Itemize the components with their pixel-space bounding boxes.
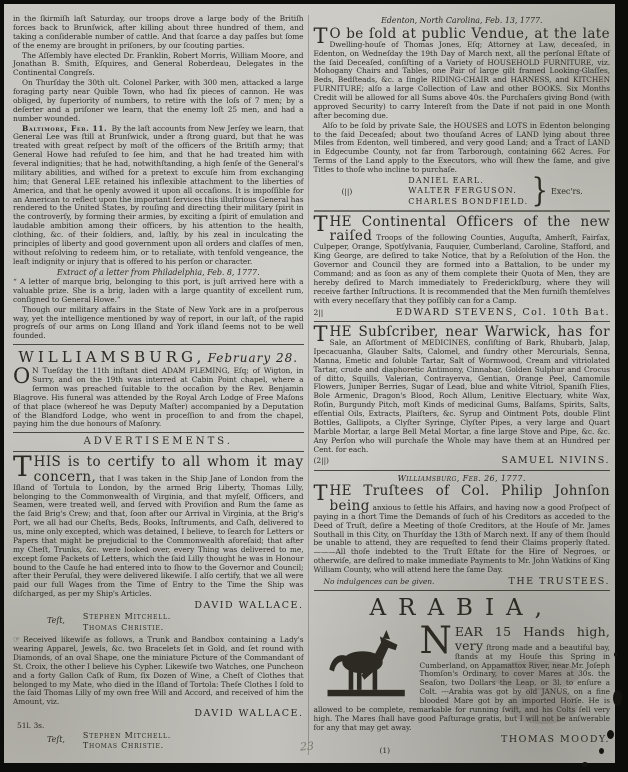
certify-ad: THIS is to certify to all whom it may co… [13, 455, 304, 599]
baltimore-dateline: Baltimore, Feb. 11. [22, 124, 107, 133]
ad-mark: 2|| [314, 308, 324, 317]
test-label: Teſt, [47, 735, 65, 752]
scan-edge-bottom [0, 765, 628, 772]
ad-mark: (||) [342, 187, 353, 196]
executors-label: Exec'rs. [551, 187, 583, 197]
baltimore-paragraph: Baltimore, Feb. 11. By the laſt accounts… [13, 125, 304, 267]
brace-glyph: } [531, 172, 548, 211]
ink-blot [607, 730, 614, 739]
executor-name: WALTER FERGUSON. [408, 186, 528, 196]
drop-cap: T [314, 484, 330, 502]
horse-engraving [322, 627, 414, 703]
manicule-icon: ☞ [13, 635, 20, 644]
scan-edge-left [0, 0, 4, 772]
extract-heading: Extract of a letter from Philadelphia, F… [13, 268, 304, 278]
edenton-ad: TO be ſold at public Vendue, at the late… [314, 27, 611, 121]
section-rule [314, 470, 611, 471]
received-body: Received likewiſe as follows, a Trunk an… [13, 635, 304, 706]
right-column: Edenton, North Carolina, Feb. 13, 1777. … [308, 15, 611, 755]
obituary-paragraph: ON Tueſday the 11th inſtant died ADAM FL… [13, 367, 304, 429]
scan-edge-right [616, 0, 628, 240]
witness-name: Stephen Mitchell. [83, 612, 171, 622]
news-paragraph: The Aſſembly have elected Dr. Franklin, … [13, 52, 304, 79]
stain [490, 660, 580, 690]
ink-blot [582, 762, 588, 767]
ink-blot [613, 690, 622, 706]
witness-block: Teſt, Stephen Mitchell. Thomas Christie. [47, 731, 304, 752]
newspaper-scan: in the ſkirmiſh laſt Saturday, our troop… [0, 0, 628, 772]
signature: DAVID WALLACE. [13, 600, 304, 611]
signature: THE TRUSTEES. [434, 576, 610, 587]
edenton-dateline: Edenton, North Carolina, Feb. 13, 1777. [314, 16, 611, 26]
drop-cap: T [314, 325, 330, 343]
left-column: in the ſkirmiſh laſt Saturday, our troop… [13, 15, 304, 755]
subscriber-body: Sale, an Aſſortment of MEDICINES, conſiſ… [314, 338, 611, 454]
scan-edge-top [0, 0, 628, 4]
continental-ad: THE Continental Officers of the new raiſ… [314, 215, 611, 305]
arabia-headline: ARABIA, [314, 595, 611, 623]
witness-block: Teſt, Stephen Mitchell. Thomas Christie. [47, 612, 304, 633]
certify-body: that I was taken in the Ship Jane of Lon… [13, 474, 304, 599]
test-label: Teſt, [47, 616, 65, 633]
williamsburg-heading: WILLIAMSBURG, February 28. [13, 348, 304, 366]
subscriber-ad: THE Subſcriber, near Warwick, has for Sa… [314, 325, 611, 455]
amount: 51l. 3s. [17, 721, 304, 730]
trustees-body: anxious to ſettle his Affairs, and havin… [314, 503, 611, 574]
drop-cap: N [420, 625, 455, 656]
section-rule [314, 590, 611, 591]
scan-edge-right [622, 240, 628, 772]
williamsburg-date: February 28. [208, 351, 299, 365]
signature: SAMUEL NIVINS. [335, 455, 610, 466]
trustees-ad: THE Truſtees of Col. Philip Johnſon bein… [314, 484, 611, 574]
no-indulgence-note: No indulgences can be given. [324, 577, 435, 586]
witness-name: Thomas Christie. [83, 623, 171, 633]
section-rule [13, 344, 304, 345]
drop-cap: T [314, 27, 330, 45]
newyork-paragraph: Though our military affairs in the State… [13, 306, 304, 342]
drop-cap: T [13, 455, 34, 478]
ad-mark: (1) [380, 746, 611, 755]
williamsburg-city: WILLIAMSBURG, [18, 348, 205, 366]
executor-name: DANIEL EARL. [408, 176, 528, 186]
continental-body: Troops of the following Counties, Auguſt… [314, 233, 611, 304]
ink-blot [599, 748, 604, 754]
stain [508, 688, 578, 724]
executor-name: CHARLES BONDFIELD. [408, 197, 528, 207]
section-rule [314, 321, 611, 322]
section-rule [13, 451, 304, 452]
drop-cap: O [13, 367, 32, 385]
news-paragraph: On Thurſday the 30th ult. Colonel Parker… [13, 79, 304, 123]
executors-block: (||) DANIEL EARL. WALTER FERGUSON. CHARL… [314, 176, 611, 207]
section-rule [314, 210, 611, 212]
baltimore-body: By the laſt accounts from New Jerſey we … [13, 124, 304, 266]
edenton-body: Dwelling-houſe of Thomas Jones, Eſq; Att… [314, 40, 611, 120]
news-paragraph: in the ſkirmiſh laſt Saturday, our troop… [13, 15, 304, 51]
ad-mark: (2||) [314, 456, 329, 465]
extract-quote: “ A letter of marque brig, belonging to … [13, 278, 304, 305]
obituary-body: N Tueſday the 11th inſtant died ADAM FLE… [13, 366, 304, 428]
signature: THOMAS MOODY. [314, 734, 611, 745]
newspaper-page: in the ſkirmiſh laſt Saturday, our troop… [3, 4, 615, 763]
signature: DAVID WALLACE. [13, 708, 304, 719]
witness-name: Stephen Mitchell. [83, 731, 171, 741]
ink-blot [614, 652, 618, 657]
drop-cap: T [314, 215, 330, 233]
page-number: 23 [300, 740, 315, 754]
advertisements-heading: ADVERTISEMENTS. [13, 436, 304, 448]
edenton-paragraph-2: Alſo to be ſold by private Sale, the HOU… [314, 122, 611, 175]
signature: EDWARD STEVENS, Col. 10th Bat. [329, 307, 610, 318]
received-ad: ☞Received likewiſe as follows, a Trunk a… [13, 635, 304, 707]
witness-name: Thomas Christie. [83, 741, 171, 751]
section-rule [13, 432, 304, 433]
